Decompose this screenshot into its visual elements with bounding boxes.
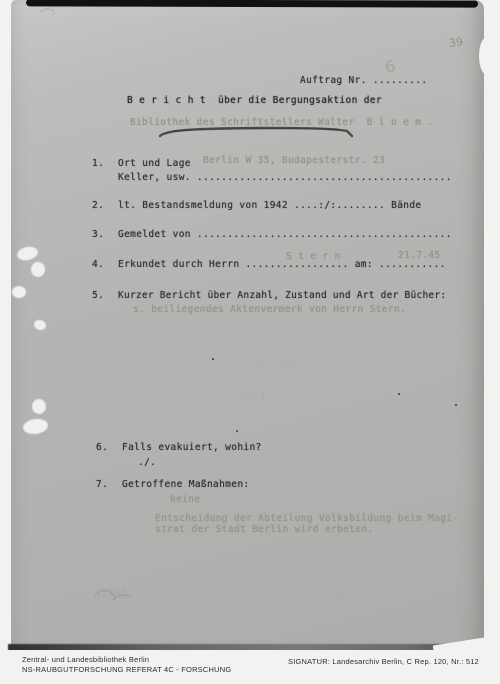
item2-label: lt. Bestandsmeldung von 1942 ....:/:....… bbox=[118, 200, 421, 211]
item7-answer-faint: keine bbox=[170, 494, 200, 505]
item6-label: Falls evakuiert, wohin? bbox=[122, 442, 262, 453]
item7-note-faint-line2: strat der Stadt Berlin wird erbeten. bbox=[155, 524, 374, 535]
item7-number: 7. bbox=[96, 479, 108, 490]
paper-hole bbox=[12, 286, 26, 298]
archive-signature: SIGNATUR: Landesarchiv Berlin, C Rep. 12… bbox=[288, 657, 479, 666]
archive-department: NS-RAUBGUTFORSCHUNG REFERAT 4C - FORSCHU… bbox=[22, 665, 231, 674]
faint-marks-mid-2: · · : bbox=[243, 390, 266, 398]
pencil-scribble-bottom: 12192 bbox=[95, 587, 128, 600]
item1-label: Ort und Lage bbox=[118, 158, 191, 169]
dust-speck bbox=[398, 393, 400, 395]
dust-speck bbox=[236, 430, 238, 432]
faint-dots-bottom: ·· · · ·· bbox=[298, 594, 344, 602]
item5-label: Kurzer Bericht über Anzahl, Zustand und … bbox=[118, 290, 446, 301]
item2-number: 2. bbox=[92, 200, 104, 211]
archive-footer-left: Zentral- und Landesbibliothek BerlinNS-R… bbox=[22, 655, 231, 675]
item1-number: 1. bbox=[92, 158, 104, 169]
item4-label: Erkundet durch Herrn ................. a… bbox=[118, 259, 446, 270]
paper-hole bbox=[32, 399, 46, 414]
auftrag-nr-line: Auftrag Nr. ......... bbox=[300, 75, 427, 86]
item7-label: Getroffene Maßnahmen: bbox=[122, 479, 249, 490]
item6-number: 6. bbox=[96, 442, 108, 453]
item6-answer: ./. bbox=[138, 457, 156, 468]
item4-answer-name-faint: S t e r n bbox=[286, 251, 341, 262]
archive-institution: Zentral- und Landesbibliothek Berlin bbox=[22, 655, 149, 664]
item4-faint-dots: . . . . . . . . . . bbox=[240, 270, 327, 278]
report-subtitle-faint: Bibliothek des Schriftstellers Walter B … bbox=[130, 117, 433, 128]
report-title: B e r i c h t über die Bergungsaktion de… bbox=[127, 95, 382, 106]
item5-note-faint: s. beiliegendes Aktenvermerk von Herrn S… bbox=[133, 304, 406, 315]
pencil-page-number: 39 bbox=[448, 35, 464, 50]
faint-marks-mid-1: ·· ··· · ·· bbox=[237, 359, 292, 367]
scan-top-edge-bar bbox=[26, 0, 478, 8]
archive-footer: Zentral- und Landesbibliothek BerlinNS-R… bbox=[0, 650, 500, 684]
item7-note-faint-line1: Entscheidung der Abteilung Volksbildung … bbox=[155, 513, 458, 524]
scanned-document-page: 39 Auftrag Nr. ......... 6 B e r i c h t… bbox=[0, 0, 500, 684]
paper-hole bbox=[31, 262, 45, 277]
item4-number: 4. bbox=[92, 259, 104, 270]
item4-answer-date-faint: 21.7.45 bbox=[398, 250, 441, 261]
item1-label-line2: Keller, usw. ...........................… bbox=[118, 172, 452, 183]
item3-label: Gemeldet von ...........................… bbox=[118, 229, 452, 240]
paper-edge-notch bbox=[479, 37, 495, 75]
dust-speck bbox=[212, 358, 214, 360]
item5-number: 5. bbox=[92, 290, 104, 301]
item3-number: 3. bbox=[92, 229, 104, 240]
item1-answer-address-faint: Berlin W 35, Budapesterstr. 23 bbox=[203, 155, 385, 166]
dust-speck bbox=[455, 404, 457, 406]
